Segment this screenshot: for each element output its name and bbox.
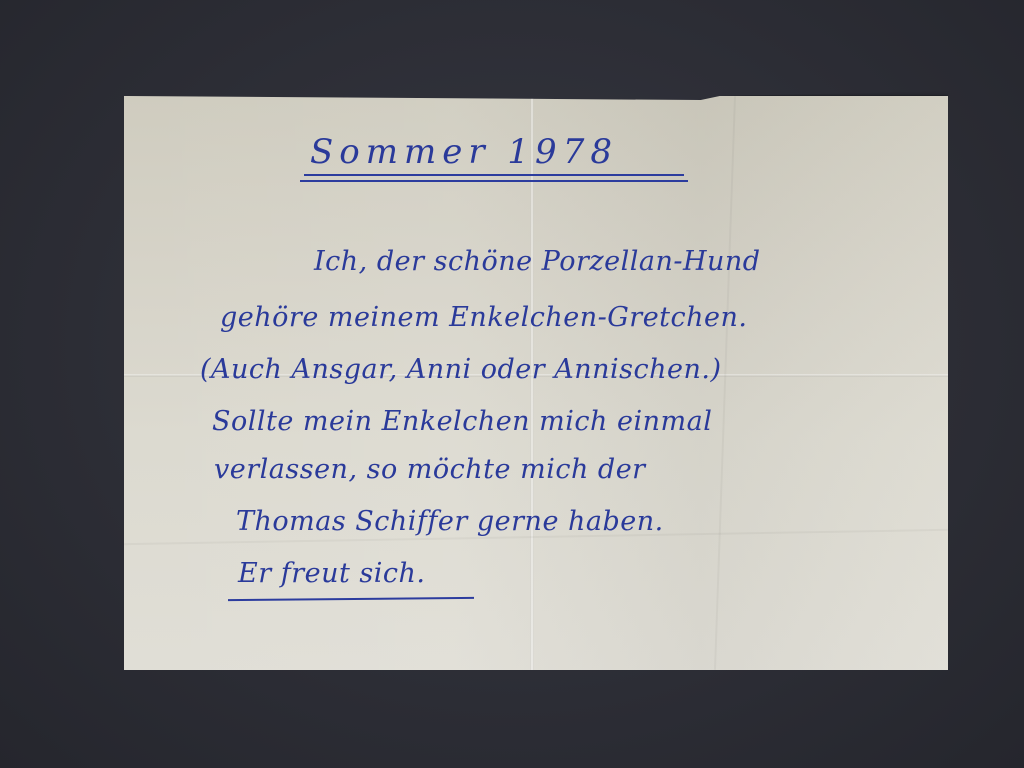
letter-heading: Sommer 1978	[310, 132, 618, 172]
body-line-3: (Auch Ansgar, Anni oder Annischen.)	[200, 354, 722, 385]
closing-underline	[228, 597, 474, 601]
body-line-5: verlassen, so möchte mich der	[214, 454, 646, 485]
heading-underline-top	[304, 174, 684, 176]
letter-paper: Sommer 1978 Ich, der schöne Porzellan-Hu…	[124, 96, 948, 670]
body-line-6: Thomas Schiffer gerne haben.	[236, 506, 664, 537]
body-line-2: gehöre meinem Enkelchen-Gretchen.	[220, 302, 747, 333]
letter-closing: Er freut sich.	[238, 558, 425, 589]
heading-underline-bottom	[300, 180, 688, 182]
body-line-1: Ich, der schöne Porzellan-Hund	[314, 246, 761, 277]
body-line-4: Sollte mein Enkelchen mich einmal	[212, 406, 712, 437]
